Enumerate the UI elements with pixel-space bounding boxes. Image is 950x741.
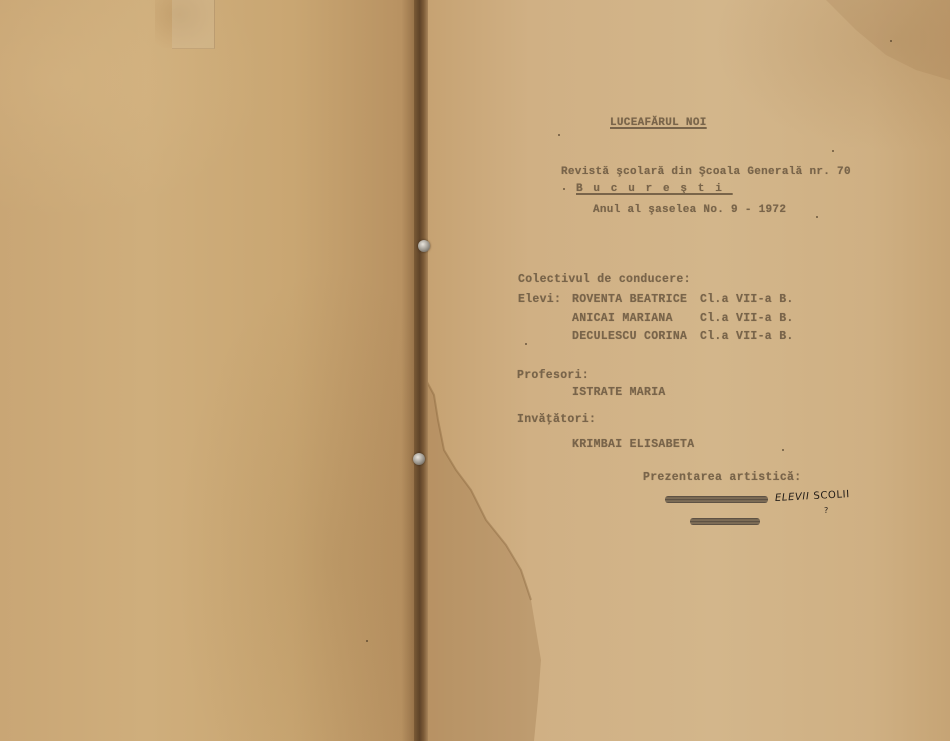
- left-page: [0, 0, 418, 741]
- speck: [816, 216, 818, 218]
- water-stain: [426, 0, 950, 741]
- strikethrough-mark: [665, 496, 768, 503]
- speck: [525, 343, 527, 345]
- primary-teacher-name: KRIMBAI ELISABETA: [572, 438, 694, 451]
- handwritten-mark: ?: [824, 506, 828, 515]
- tape-remnant: [172, 0, 215, 49]
- handwritten-word: SCOLII: [813, 489, 850, 502]
- strikethrough-mark: [690, 518, 760, 525]
- document-spread: LUCEAFĂRUL NOI Revistă şcolară din Şcoal…: [0, 0, 950, 741]
- pupil-class: Cl.a VII-a B.: [700, 293, 794, 306]
- binding-gutter: [414, 0, 428, 741]
- pupils-label: Elevi:: [518, 293, 561, 306]
- speck: [782, 449, 784, 451]
- speck: [558, 134, 560, 136]
- artistic-presentation-label: Prezentarea artistică:: [643, 471, 801, 484]
- primary-teachers-label: Invăţători:: [517, 413, 596, 426]
- pupil-class: Cl.a VII-a B.: [700, 330, 794, 343]
- teacher-name: ISTRATE MARIA: [572, 386, 666, 399]
- pupil-name: ROVENTA BEATRICE: [572, 293, 687, 306]
- speck: [832, 150, 834, 152]
- pupil-class: Cl.a VII-a B.: [700, 312, 794, 325]
- handwritten-word: ELEVII: [775, 491, 810, 504]
- speck: [563, 188, 565, 190]
- teachers-label: Profesori:: [517, 369, 589, 382]
- right-page: [426, 0, 950, 741]
- magazine-subtitle: Revistă şcolară din Şcoala Generală nr. …: [561, 166, 851, 178]
- speck: [366, 640, 368, 642]
- speck: [890, 40, 892, 42]
- pupil-name: ANICAI MARIANA: [572, 312, 673, 325]
- staple-icon: [418, 240, 430, 252]
- issue-info: Anul al şaselea No. 9 - 1972: [593, 204, 786, 216]
- pupil-name: DECULESCU CORINA: [572, 330, 687, 343]
- magazine-title: LUCEAFĂRUL NOI: [610, 117, 707, 129]
- city: Bucureşti: [576, 183, 733, 195]
- staple-icon: [413, 453, 425, 465]
- board-heading: Colectivul de conducere:: [518, 273, 691, 286]
